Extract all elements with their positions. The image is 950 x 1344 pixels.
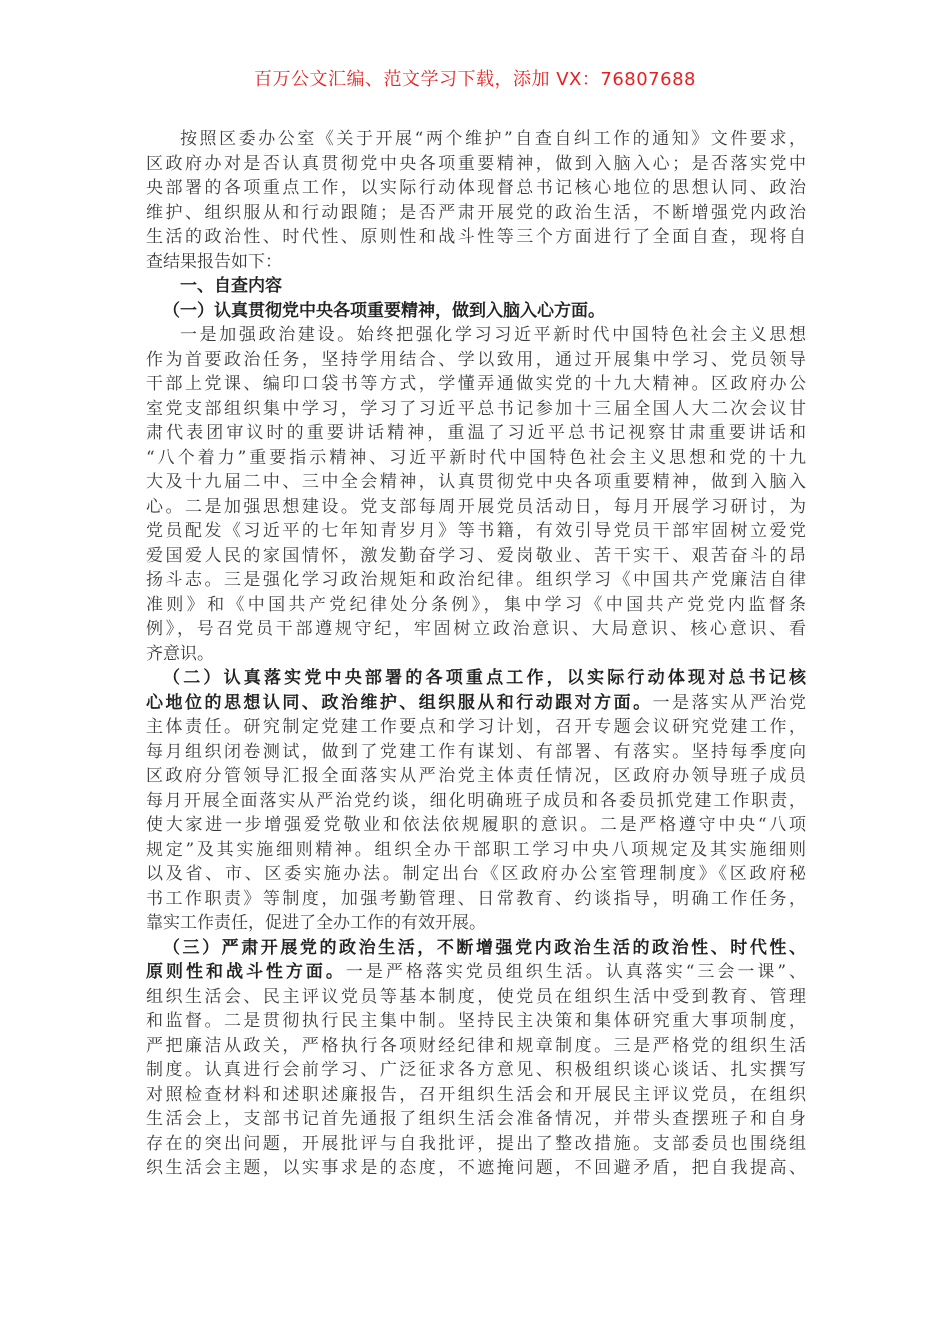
text-line: 严把廉洁从政关，严格执行各项财经纪律和规章制度。三是严格党的组织生活 (146, 1034, 806, 1059)
document-page: 百万公文汇编、范文学习下载，添加 VX：76807688 按照区委办公室《关于开… (0, 0, 950, 1344)
text-line: 齐意识。 (146, 642, 806, 667)
text-line: 肃代表团审议时的重要讲话精神，重温了习近平总书记视察甘肃重要讲话和 (146, 421, 806, 446)
text-line: 爱国爱人民的家国情怀，激发勤奋学习、爱岗敬业、苦干实干、艰苦奋斗的昂 (146, 544, 806, 569)
text-line: 央部署的各项重点工作，以实际行动体现督总书记核心地位的思想认同、政治 (146, 176, 806, 201)
text-line: 查结果报告如下： (146, 250, 806, 275)
text-line: 以及省、市、区委实施办法。制定出台《区政府办公室管理制度》《区政府秘 (146, 862, 806, 887)
text-line: 和监督。二是贯彻执行民主集中制。坚持民主决策和集体研究重大事项制度， (146, 1009, 806, 1034)
text-line: 区政府办对是否认真贯彻党中央各项重要精神，做到入脑入心；是否落实党中 (146, 152, 806, 177)
text-line: 每月组织闭卷测试，做到了党建工作有谋划、有部署、有落实。坚持每季度向 (146, 740, 806, 765)
text-run: 一是严格落实党员组织生活。认真落实“三会一课”、 (346, 962, 806, 982)
section-1-title: （一）认真贯彻党中央各项重要精神，做到入脑入心方面。 (146, 299, 806, 324)
text-line: 制度。认真进行会前学习、广泛征求各方意见、积极组织谈心谈话、扎实撰写 (146, 1058, 806, 1083)
section-2-title-end: 心地位的思想认同、政治维护、组织服从和行动跟对方面。 (146, 693, 653, 713)
section-3-title-cont: 原则性和战斗性方面。一是严格落实党员组织生活。认真落实“三会一课”、 (146, 960, 806, 985)
text-line: 对照检查材料和述职述廉报告，召开组织生活会和开展民主评议党员，在组织 (146, 1083, 806, 1108)
section-2-title: （二）认真落实党中央部署的各项重点工作，以实际行动体现对总书记核 (146, 666, 806, 691)
text-line: 组织生活会、民主评议党员等基本制度，使党员在组织生活中受到教育、管理 (146, 985, 806, 1010)
text-line: 生活的政治性、时代性、原则性和战斗性等三个方面进行了全面自查，现将自 (146, 225, 806, 250)
section-3-title: （三）严肃开展党的政治生活，不断增强党内政治生活的政治性、时代性、 (146, 936, 806, 961)
text-line: 主体责任。研究制定党建工作要点和学习计划，召开专题会议研究党建工作， (146, 715, 806, 740)
intro-paragraph: 按照区委办公室《关于开展“两个维护”自查自纠工作的通知》文件要求， 区政府办对是… (146, 127, 806, 274)
text-line: 存在的突出问题，开展批评与自我批评，提出了整改措施。支部委员也围绕组 (146, 1132, 806, 1157)
text-line: 干部上党课、编印口袋书等方式，学懂弄通做实党的十九大精神。区政府办公 (146, 372, 806, 397)
text-line: 例》，号召党员干部遵规守纪，牢固树立政治意识、大局意识、核心意识、看 (146, 617, 806, 642)
text-line: 心。二是加强思想建设。党支部每周开展党员活动日，每月开展学习研讨，为 (146, 495, 806, 520)
text-line: 书工作职责》等制度，加强考勤管理、日常教育、约谈指导，明确工作任务， (146, 887, 806, 912)
section-3: （三）严肃开展党的政治生活，不断增强党内政治生活的政治性、时代性、 原则性和战斗… (146, 936, 806, 1181)
text-line: 维护、组织服从和行动跟随；是否严肃开展党的政治生活，不断增强党内政治 (146, 201, 806, 226)
text-line: 规定”及其实施细则精神。组织全办干部职工学习中央八项规定及其实施细则 (146, 838, 806, 863)
text-line: 室党支部组织集中学习，学习了习近平总书记参加十三届全国人大二次会议甘 (146, 397, 806, 422)
section-2: （二）认真落实党中央部署的各项重点工作，以实际行动体现对总书记核 心地位的思想认… (146, 666, 806, 936)
section-2-title-cont: 心地位的思想认同、政治维护、组织服从和行动跟对方面。一是落实从严治党 (146, 691, 806, 716)
text-line: 织生活会主题，以实事求是的态度，不遮掩问题，不回避矛盾，把自我提高、 (146, 1156, 806, 1181)
heading-self-inspection: 一、自查内容 (146, 274, 806, 299)
text-line: 使大家进一步增强爱党敬业和依法依规履职的意识。二是严格遵守中央“八项 (146, 813, 806, 838)
text-run: 一是落实从严治党 (653, 693, 806, 713)
text-line: 按照区委办公室《关于开展“两个维护”自查自纠工作的通知》文件要求， (146, 127, 806, 152)
text-line: 区政府分管领导汇报全面落实从严治党主体责任情况，区政府办领导班子成员 (146, 764, 806, 789)
text-line: 作为首要政治任务，坚持学用结合、学以致用，通过开展集中学习、党员领导 (146, 348, 806, 373)
promo-banner: 百万公文汇编、范文学习下载，添加 VX：76807688 (0, 66, 950, 94)
text-line: 靠实工作责任，促进了全办工作的有效开展。 (146, 911, 806, 936)
text-line: 一是加强政治建设。始终把强化学习习近平新时代中国特色社会主义思想 (146, 323, 806, 348)
section-3-title-end: 原则性和战斗性方面。 (146, 962, 346, 982)
section-1: （一）认真贯彻党中央各项重要精神，做到入脑入心方面。 一是加强政治建设。始终把强… (146, 299, 806, 667)
document-body: 按照区委办公室《关于开展“两个维护”自查自纠工作的通知》文件要求， 区政府办对是… (146, 127, 806, 1181)
text-line: 扬斗志。三是强化学习政治规矩和政治纪律。组织学习《中国共产党廉洁自律 (146, 568, 806, 593)
text-line: 大及十九届二中、三中全会精神，认真贯彻党中央各项重要精神，做到入脑入 (146, 470, 806, 495)
text-line: 党员配发《习近平的七年知青岁月》等书籍，有效引导党员干部牢固树立爱党 (146, 519, 806, 544)
text-line: 生活会上，支部书记首先通报了组织生活会准备情况，并带头查摆班子和自身 (146, 1107, 806, 1132)
text-line: “八个着力”重要指示精神、习近平新时代中国特色社会主义思想和党的十九 (146, 446, 806, 471)
text-line: 每月开展全面落实从严治党约谈，细化明确班子成员和各委员抓党建工作职责， (146, 789, 806, 814)
text-line: 准则》和《中国共产党纪律处分条例》，集中学习《中国共产党党内监督条 (146, 593, 806, 618)
